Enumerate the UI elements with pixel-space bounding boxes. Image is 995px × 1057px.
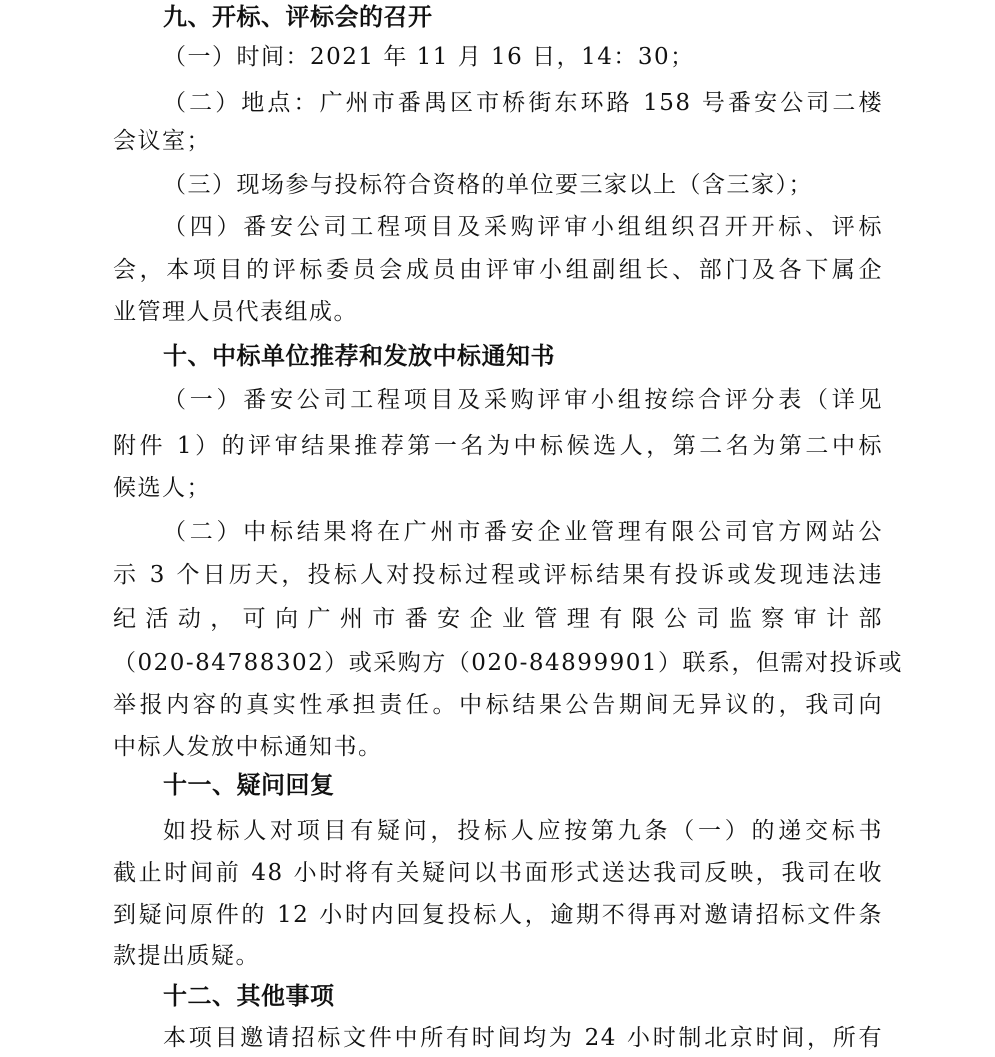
paragraph-line: 会议室； <box>113 126 883 156</box>
section-heading-12: 十二、其他事项 <box>163 981 933 1011</box>
section-heading-10: 十、中标单位推荐和发放中标通知书 <box>163 341 933 371</box>
paragraph-line: 款提出质疑。 <box>113 941 883 971</box>
paragraph-line: 举报内容的真实性承担责任。中标结果公告期间无异议的，我司向 <box>113 690 883 720</box>
paragraph-line: 截止时间前 48 小时将有关疑问以书面形式送达我司反映，我司在收 <box>113 858 883 888</box>
paragraph-line: （四）番安公司工程项目及采购评审小组组织召开开标、评标 <box>163 212 883 242</box>
paragraph-line: 中标人发放中标通知书。 <box>113 732 883 762</box>
paragraph-line: 附件 1）的评审结果推荐第一名为中标候选人，第二名为第二中标 <box>113 431 883 461</box>
section-heading-11: 十一、疑问回复 <box>163 770 933 800</box>
paragraph-line: 示 3 个日历天，投标人对投标过程或评标结果有投诉或发现违法违 <box>113 560 883 590</box>
paragraph-line: （二）地点：广州市番禺区市桥街东环路 158 号番安公司二楼 <box>163 88 883 118</box>
paragraph-line: 纪活动，可向广州市番安企业管理有限公司监察审计部 <box>113 604 883 634</box>
paragraph-line: （二）中标结果将在广州市番安企业管理有限公司官方网站公 <box>163 517 883 547</box>
section-heading-9: 九、开标、评标会的召开 <box>163 2 933 32</box>
paragraph-line: 会，本项目的评标委员会成员由评审小组副组长、部门及各下属企 <box>113 255 883 285</box>
paragraph-line: （一）番安公司工程项目及采购评审小组按综合评分表（详见 <box>163 385 883 415</box>
paragraph-line: 到疑问原件的 12 小时内回复投标人，逾期不得再对邀请招标文件条 <box>113 900 883 930</box>
paragraph-line: （一）时间：2021 年 11 月 16 日，14：30； <box>163 42 933 72</box>
paragraph-line: 业管理人员代表组成。 <box>113 297 883 327</box>
document-page: 九、开标、评标会的召开 （一）时间：2021 年 11 月 16 日，14：30… <box>0 0 995 1057</box>
paragraph-line: 如投标人对项目有疑问，投标人应按第九条（一）的递交标书 <box>163 816 883 846</box>
paragraph-line: 候选人； <box>113 473 883 503</box>
paragraph-line: 本项目邀请招标文件中所有时间均为 24 小时制北京时间，所有 <box>163 1023 883 1053</box>
paragraph-line: （020-84788302）或采购方（020-84899901）联系，但需对投诉… <box>113 648 883 678</box>
paragraph-line: （三）现场参与投标符合资格的单位要三家以上（含三家）； <box>163 170 933 200</box>
